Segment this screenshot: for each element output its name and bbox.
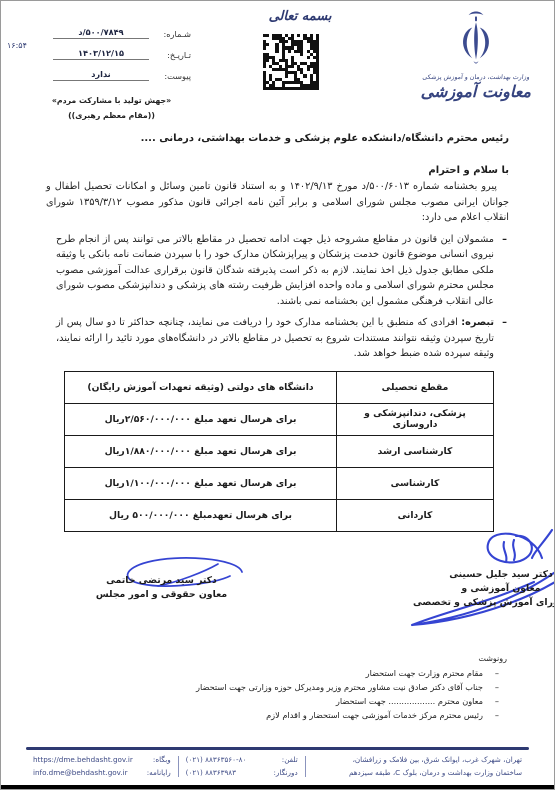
signer-title: دبیر شورای آموزش پزشکی و تخصصی: [406, 596, 555, 610]
iran-emblem-icon: [445, 9, 507, 73]
cc-label: رونوشت: [46, 652, 507, 666]
bullet-item-1: – مشمولان این قانون در مقاطع مشروحه ذیل …: [56, 232, 507, 310]
cell-level: کارشناسی: [337, 467, 494, 499]
table-row: کارشناسی برای هرسال تعهد مبلغ ۱/۱۰۰/۰۰۰/…: [65, 467, 494, 499]
dash-marker: –: [495, 708, 499, 722]
cell-amount: برای هرسال تعهد مبلغ ۲/۵۶۰/۰۰۰/۰۰۰ریال: [65, 403, 337, 435]
bullet-1-text: مشمولان این قانون در مقاطع مشروحه ذیل جه…: [56, 234, 494, 307]
slogan-attribution: ((مقام معظم رهبری)): [39, 108, 184, 123]
letter-body: رئیس محترم دانشگاه/دانشکده علوم پزشکی و …: [1, 126, 554, 722]
dash-marker: –: [502, 315, 507, 331]
cell-amount: برای هرسال تعهد مبلغ ۱/۸۸۰/۰۰۰/۰۰۰ریال: [65, 435, 337, 467]
cc-item-text: معاون محترم .................. جهت استحض…: [336, 696, 483, 706]
cell-amount: برای هرسال تعهدمبلغ ۵۰۰/۰۰۰/۰۰۰ ریال: [65, 499, 337, 531]
bullet-list: – مشمولان این قانون در مقاطع مشروحه ذیل …: [46, 232, 509, 362]
tuition-commitment-table: مقطع تحصیلی دانشگاه های دولتی (وثیقه تعه…: [64, 371, 494, 532]
footer-rule: [26, 747, 529, 750]
signer-title: معاون آموزشی و: [406, 582, 555, 596]
cell-level: کارشناسی ارشد: [337, 435, 494, 467]
fax-number: (۰۲۱) ۸۸۳۶۳۹۸۳: [186, 767, 236, 780]
signature-block-right: دکتر سید جلیل حسینی معاون آموزشی و دبیر …: [406, 568, 555, 610]
address-line: تهران، شهرک غرب، ایوانک شرق، بین فلامک و…: [313, 754, 522, 767]
cell-amount: برای هرسال تعهد مبلغ ۱/۱۰۰/۰۰۰/۰۰۰ریال: [65, 467, 337, 499]
deputy-name: معاونت آموزشی: [421, 82, 531, 101]
footer-phones: تلفن: (۰۲۱) ۸۸۳۶۳۵۶۰-۸۰ دورنگار: (۰۲۱) ۸…: [179, 754, 305, 779]
signer-name: دکتر سید جلیل حسینی: [406, 568, 555, 582]
cc-item-text: جناب آقای دکتر صادق نیت مشاور محترم وزیر…: [196, 682, 483, 692]
cc-item: – جناب آقای دکتر صادق نیت مشاور محترم وز…: [46, 680, 509, 694]
bottom-border: [1, 785, 554, 789]
table-row: کاردانی برای هرسال تعهدمبلغ ۵۰۰/۰۰۰/۰۰۰ …: [65, 499, 494, 531]
qr-code: [263, 34, 319, 90]
meta-attachment-row: پیوست: ندارد: [53, 60, 191, 81]
meta-date-row: تـاریـخ: ۱۴۰۳/۱۲/۱۵: [53, 39, 191, 60]
letter-meta: شـماره: ۵۰۰/۷۸۴۹/د تـاریـخ: ۱۴۰۳/۱۲/۱۵ پ…: [53, 18, 191, 81]
slogan-text: «جهش تولید با مشارکت مردم»: [39, 93, 184, 108]
year-slogan: «جهش تولید با مشارکت مردم» ((مقام معظم ر…: [39, 93, 184, 123]
note-text: افرادی که منطبق با این بخشنامه مدارک خود…: [56, 317, 494, 359]
recipient-line: رئیس محترم دانشگاه/دانشکده علوم پزشکی و …: [46, 133, 509, 144]
cc-list: رونوشت – مقام محترم وزارت جهت استحضار – …: [46, 652, 509, 722]
attachment-value: ندارد: [53, 69, 149, 81]
footer-divider: [178, 756, 179, 777]
email-address: info.dme@behdasht.gov.ir: [33, 767, 128, 780]
col-header-level: مقطع تحصیلی: [337, 371, 494, 403]
address-line: ساختمان وزارت بهداشت و درمان، بلوک C، طب…: [313, 767, 522, 780]
dash-marker: –: [495, 694, 499, 708]
note-label: تبصره:: [461, 317, 494, 328]
footer: تهران، شهرک غرب، ایوانک شرق، بین فلامک و…: [26, 754, 529, 779]
signature-block-left: دکتر سید مرتضی خاتمی معاون حقوقی و امور …: [74, 574, 249, 602]
cc-item-text: رئیس محترم مرکز خدمات آموزشی جهت استحضار…: [266, 710, 483, 720]
cc-item: – رئیس محترم مرکز خدمات آموزشی جهت استحض…: [46, 708, 509, 722]
footer-web: وبگاه: https://dme.behdasht.gov.ir رایان…: [26, 754, 178, 779]
date-value: ۱۴۰۳/۱۲/۱۵: [53, 48, 149, 60]
website-label: وبگاه:: [153, 754, 171, 767]
table-row: کارشناسی ارشد برای هرسال تعهد مبلغ ۱/۸۸۰…: [65, 435, 494, 467]
number-value: ۵۰۰/۷۸۴۹/د: [53, 27, 149, 39]
date-label: تـاریـخ:: [149, 50, 191, 60]
fax-row: دورنگار: (۰۲۱) ۸۸۳۶۳۹۸۳: [186, 767, 298, 780]
table-row: پزشکی، دندانپزشکی و داروسازی برای هرسال …: [65, 403, 494, 435]
official-letter-page: وزارت بهداشت، درمان و آموزش پزشکی معاونت…: [0, 0, 555, 790]
phone-row: تلفن: (۰۲۱) ۸۸۳۶۳۵۶۰-۸۰: [186, 754, 298, 767]
salutation: با سلام و احترام: [46, 165, 509, 176]
signature-zone: دکتر سید جلیل حسینی معاون آموزشی و دبیر …: [46, 532, 509, 650]
print-time: ۱۶:۵۴: [7, 41, 27, 50]
website-url: https://dme.behdasht.gov.ir: [33, 754, 133, 767]
signer-title: معاون حقوقی و امور مجلس: [74, 588, 249, 602]
table-header-row: مقطع تحصیلی دانشگاه های دولتی (وثیقه تعه…: [65, 371, 494, 403]
cell-level: پزشکی، دندانپزشکی و داروسازی: [337, 403, 494, 435]
meta-number-row: شـماره: ۵۰۰/۷۸۴۹/د: [53, 18, 191, 39]
phone-label: تلفن:: [282, 754, 298, 767]
col-header-amount: دانشگاه های دولتی (وثیقه تعهدات آموزش را…: [65, 371, 337, 403]
email-row: رایانامه: info.dme@behdasht.gov.ir: [33, 767, 171, 780]
bullet-item-2: – تبصره: افرادی که منطبق با این بخشنامه …: [56, 315, 507, 362]
fax-label: دورنگار:: [274, 767, 298, 780]
dash-marker: –: [495, 666, 499, 680]
dash-marker: –: [502, 232, 507, 248]
cc-item: – مقام محترم وزارت جهت استحضار: [46, 666, 509, 680]
intro-paragraph: پیرو بخشنامه شماره ۵۰۰/۶۰۱۳/د مورخ ۱۴۰۲/…: [46, 179, 509, 226]
attachment-label: پیوست:: [149, 71, 191, 81]
ministry-logo: وزارت بهداشت، درمان و آموزش پزشکی معاونت…: [421, 9, 531, 101]
number-label: شـماره:: [149, 29, 191, 39]
phone-number: (۰۲۱) ۸۸۳۶۳۵۶۰-۸۰: [186, 754, 247, 767]
cell-level: کاردانی: [337, 499, 494, 531]
footer-divider: [305, 756, 306, 777]
footer-address: تهران، شهرک غرب، ایوانک شرق، بین فلامک و…: [306, 754, 529, 779]
signer-name: دکتر سید مرتضی خاتمی: [74, 574, 249, 588]
email-label: رایانامه:: [147, 767, 171, 780]
ministry-name: وزارت بهداشت، درمان و آموزش پزشکی: [421, 74, 532, 81]
cc-item: – معاون محترم .................. جهت است…: [46, 694, 509, 708]
dash-marker: –: [495, 680, 499, 694]
website-row: وبگاه: https://dme.behdasht.gov.ir: [33, 754, 171, 767]
bismillah: بسمه تعالی: [256, 9, 344, 24]
cc-item-text: مقام محترم وزارت جهت استحضار: [366, 668, 483, 678]
